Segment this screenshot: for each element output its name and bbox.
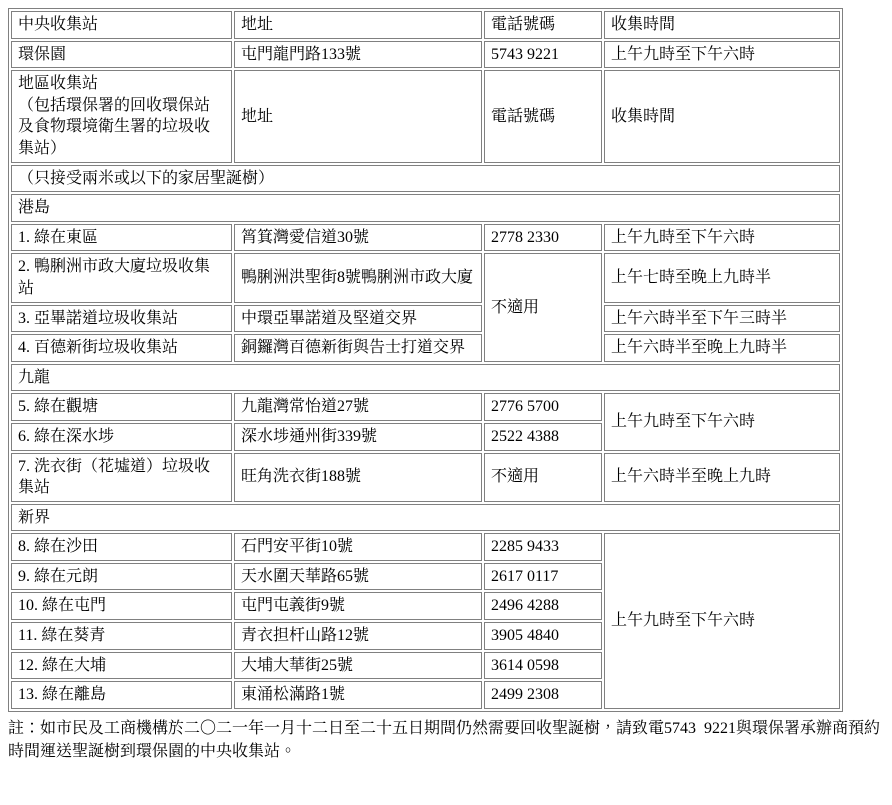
time-cell: 上午九時至下午六時 <box>604 224 840 252</box>
central-header-row: 中央收集站 地址 電話號碼 收集時間 <box>11 11 840 39</box>
phone-cell: 3614 0598 <box>484 652 602 680</box>
region-row-hong-kong-island: 港島 <box>11 194 840 222</box>
time-cell: 上午七時至晚上九時半 <box>604 253 840 302</box>
central-station-row: 環保園 屯門龍門路133號 5743 9221 上午九時至下午六時 <box>11 41 840 69</box>
table-row: 4. 百德新街垃圾收集站 銅鑼灣百德新街與告士打道交界 上午六時半至晚上九時半 <box>11 334 840 362</box>
table-row: 1. 綠在東區 筲箕灣愛信道30號 2778 2330 上午九時至下午六時 <box>11 224 840 252</box>
address-cell: 天水圍天華路65號 <box>234 563 482 591</box>
restriction-note-row: （只接受兩米或以下的家居聖誕樹） <box>11 165 840 193</box>
address-cell: 九龍灣常怡道27號 <box>234 393 482 421</box>
station-cell: 7. 洗衣街（花墟道）垃圾收集站 <box>11 453 232 502</box>
station-cell: 6. 綠在深水埗 <box>11 423 232 451</box>
address-cell: 中環亞畢諾道及堅道交界 <box>234 305 482 333</box>
station-cell: 8. 綠在沙田 <box>11 533 232 561</box>
address-cell: 屯門屯義街9號 <box>234 592 482 620</box>
region-row-kowloon: 九龍 <box>11 364 840 392</box>
table-row: 2. 鴨脷洲市政大廈垃圾收集站 鴨脷洲洪聖街8號鴨脷洲市政大廈 不適用 上午七時… <box>11 253 840 302</box>
station-cell: 1. 綠在東區 <box>11 224 232 252</box>
district-header-time: 收集時間 <box>604 70 840 162</box>
address-cell: 青衣担杆山路12號 <box>234 622 482 650</box>
address-cell: 深水埗通州街339號 <box>234 423 482 451</box>
footnote: 註：如市民及工商機構於二〇二一年一月十二日至二十五日期間仍然需要回收聖誕樹，請致… <box>8 717 884 763</box>
time-cell: 上午六時半至下午三時半 <box>604 305 840 333</box>
district-header-station-line2: （包括環保署的回收環保站及食物環境衛生署的垃圾收集站） <box>18 95 225 160</box>
region-label-new-territories: 新界 <box>11 504 840 532</box>
station-cell: 4. 百德新街垃圾收集站 <box>11 334 232 362</box>
phone-cell: 2778 2330 <box>484 224 602 252</box>
central-station-phone: 5743 9221 <box>484 41 602 69</box>
station-cell: 2. 鴨脷洲市政大廈垃圾收集站 <box>11 253 232 302</box>
district-header-station-cell: 地區收集站 （包括環保署的回收環保站及食物環境衛生署的垃圾收集站） <box>11 70 232 162</box>
table-row: 5. 綠在觀塘 九龍灣常怡道27號 2776 5700 上午九時至下午六時 <box>11 393 840 421</box>
station-cell: 5. 綠在觀塘 <box>11 393 232 421</box>
phone-cell: 2522 4388 <box>484 423 602 451</box>
station-cell: 3. 亞畢諾道垃圾收集站 <box>11 305 232 333</box>
region-label-kowloon: 九龍 <box>11 364 840 392</box>
central-station-name: 環保園 <box>11 41 232 69</box>
district-header-station-line1: 地區收集站 <box>18 73 225 95</box>
address-cell: 鴨脷洲洪聖街8號鴨脷洲市政大廈 <box>234 253 482 302</box>
address-cell: 大埔大華街25號 <box>234 652 482 680</box>
header-cell-address: 地址 <box>234 11 482 39</box>
phone-cell: 3905 4840 <box>484 622 602 650</box>
address-cell: 石門安平街10號 <box>234 533 482 561</box>
central-station-address: 屯門龍門路133號 <box>234 41 482 69</box>
phone-cell: 2776 5700 <box>484 393 602 421</box>
central-station-time: 上午九時至下午六時 <box>604 41 840 69</box>
restriction-note: （只接受兩米或以下的家居聖誕樹） <box>11 165 840 193</box>
phone-cell: 2617 0117 <box>484 563 602 591</box>
table-row: 8. 綠在沙田 石門安平街10號 2285 9433 上午九時至下午六時 <box>11 533 840 561</box>
address-cell: 東涌松滿路1號 <box>234 681 482 709</box>
phone-cell: 2496 4288 <box>484 592 602 620</box>
phone-cell-not-applicable: 不適用 <box>484 453 602 502</box>
phone-cell-not-applicable: 不適用 <box>484 253 602 361</box>
station-cell: 12. 綠在大埔 <box>11 652 232 680</box>
table-row: 7. 洗衣街（花墟道）垃圾收集站 旺角洗衣街188號 不適用 上午六時半至晚上九… <box>11 453 840 502</box>
time-cell-merged: 上午九時至下午六時 <box>604 393 840 450</box>
time-cell: 上午六時半至晚上九時 <box>604 453 840 502</box>
table-row: 3. 亞畢諾道垃圾收集站 中環亞畢諾道及堅道交界 上午六時半至下午三時半 <box>11 305 840 333</box>
region-label-hong-kong-island: 港島 <box>11 194 840 222</box>
header-cell-central-station: 中央收集站 <box>11 11 232 39</box>
district-header-address: 地址 <box>234 70 482 162</box>
collection-stations-table: 中央收集站 地址 電話號碼 收集時間 環保園 屯門龍門路133號 5743 92… <box>8 8 843 712</box>
time-cell: 上午六時半至晚上九時半 <box>604 334 840 362</box>
station-cell: 13. 綠在離島 <box>11 681 232 709</box>
station-cell: 9. 綠在元朗 <box>11 563 232 591</box>
phone-cell: 2285 9433 <box>484 533 602 561</box>
phone-cell: 2499 2308 <box>484 681 602 709</box>
address-cell: 筲箕灣愛信道30號 <box>234 224 482 252</box>
header-cell-time: 收集時間 <box>604 11 840 39</box>
station-cell: 11. 綠在葵青 <box>11 622 232 650</box>
address-cell: 旺角洗衣街188號 <box>234 453 482 502</box>
header-cell-phone: 電話號碼 <box>484 11 602 39</box>
region-row-new-territories: 新界 <box>11 504 840 532</box>
station-cell: 10. 綠在屯門 <box>11 592 232 620</box>
district-header-phone: 電話號碼 <box>484 70 602 162</box>
address-cell: 銅鑼灣百德新街與告士打道交界 <box>234 334 482 362</box>
district-header-row: 地區收集站 （包括環保署的回收環保站及食物環境衛生署的垃圾收集站） 地址 電話號… <box>11 70 840 162</box>
time-cell-merged: 上午九時至下午六時 <box>604 533 840 709</box>
